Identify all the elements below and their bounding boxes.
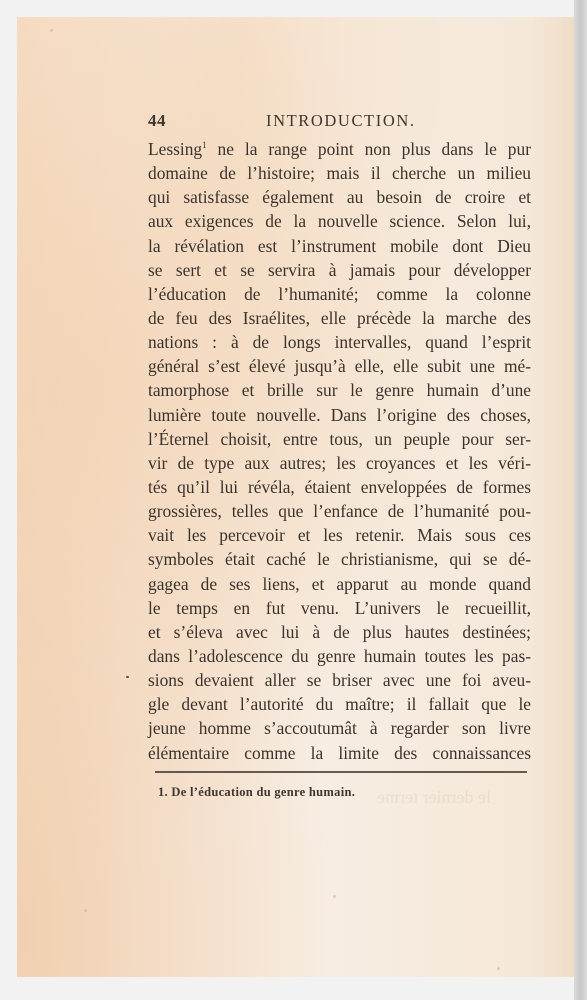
paper-speck (50, 29, 53, 32)
scan-edge-band (574, 0, 587, 1000)
paper-speck (497, 967, 500, 970)
text-line: qui satisfasse également au besoin de cr… (148, 185, 531, 209)
text-line: vait les percevoir et les retenir. Mais … (148, 523, 531, 547)
text-line: se sert et se servira à jamais pour déve… (148, 258, 531, 282)
paper-speck (84, 909, 87, 912)
text-line: tés qu’il lui révéla, étaient enveloppée… (148, 475, 531, 499)
text-line: dans l’adolescence du genre humain toute… (148, 644, 531, 668)
text-line: la révélation est l’instrument mobile do… (148, 234, 531, 258)
text-line: nations : à de longs intervalles, quand … (148, 330, 531, 354)
text-line: Lessing1 ne la range point non plus dans… (148, 137, 531, 161)
text-line: vir de type aux autres; les croyances et… (148, 451, 531, 475)
text-line: le temps en fut venu. L’univers le recue… (148, 596, 531, 620)
text-line: lumière toute nouvelle. Dans l’origine d… (148, 403, 531, 427)
bleed-through-text: le dernier terme (377, 787, 491, 808)
text-line: domaine de l’histoire; mais il cherche u… (148, 161, 531, 185)
text-fragment: ne la range point non plus dans le pur (207, 139, 531, 159)
book-page: 44 INTRODUCTION. Lessing1 ne la range po… (17, 17, 574, 977)
text-line: gagea de ses liens, et apparut au monde … (148, 572, 531, 596)
text-fragment: Lessing (148, 139, 202, 159)
text-line: l’éducation de l’humanité; comme la colo… (148, 282, 531, 306)
text-line: aux exigences de la nouvelle science. Se… (148, 209, 531, 233)
text-line: sions devaient aller se briser avec une … (148, 668, 531, 692)
text-line: tamorphose et brille sur le genre humain… (148, 378, 531, 402)
page-number: 44 (148, 111, 166, 131)
footnote-rule (155, 771, 527, 773)
body-text: Lessing1 ne la range point non plus dans… (148, 137, 531, 765)
running-title: INTRODUCTION. (266, 111, 416, 131)
paper-speck (333, 895, 336, 898)
text-line: grossières, telles que l’enfance de l’hu… (148, 499, 531, 523)
text-line: gle devant l’autorité du maître; il fall… (148, 692, 531, 716)
text-line: de feu des Israélites, elle précède la m… (148, 306, 531, 330)
text-line: jeune homme s’accoutumât à regarder son … (148, 716, 531, 740)
text-line: l’Éternel choisit, entre tous, un peuple… (148, 427, 531, 451)
text-line: général s’est élevé jusqu’à elle, elle s… (148, 354, 531, 378)
page-header: 44 INTRODUCTION. (148, 111, 538, 135)
ink-mark (126, 676, 129, 678)
text-line: symboles était caché le christianisme, q… (148, 547, 531, 571)
footnote: 1. De l’éducation du genre humain. (158, 785, 355, 800)
text-line: élémentaire comme la limite des connaiss… (148, 741, 531, 765)
text-line: et s’éleva avec lui à de plus hautes des… (148, 620, 531, 644)
